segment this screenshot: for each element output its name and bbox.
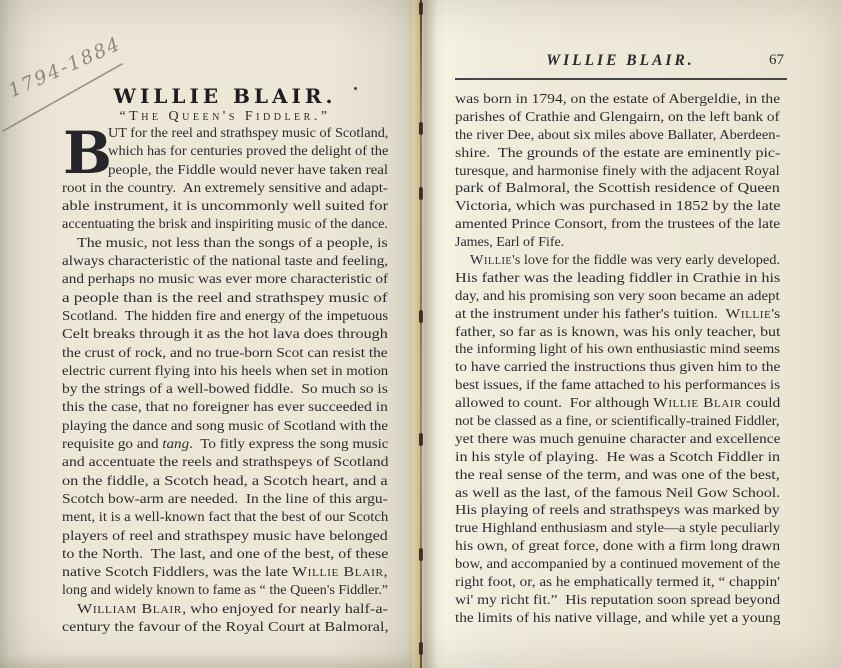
text-line: a people than is the reel and strathspey… <box>62 291 388 309</box>
text-line: day, and his promising son very soon bec… <box>455 289 780 307</box>
text-line: this the case, that no foreigner has eve… <box>62 400 388 418</box>
text-line: and accentuate the reels and strathspeys… <box>62 455 388 473</box>
text-line: the informing light of his own enthusias… <box>455 342 780 360</box>
text-line: William Blair, who enjoyed for nearly ha… <box>62 602 388 620</box>
text-line: at the instrument under his father's tui… <box>455 307 780 325</box>
text-line: which has for centuries proved the delig… <box>62 144 388 162</box>
right-page-body-text: was born in 1794, on the estate of Aberg… <box>455 92 780 629</box>
text-line: His father was the leading fiddler in Cr… <box>455 271 780 289</box>
text-line: able instrument, it is uncommonly well s… <box>62 199 388 217</box>
text-line: amented Prince Consort, from the trustee… <box>455 217 780 235</box>
text-line: Scotland. The hidden fire and energy of … <box>62 309 388 327</box>
text-line: best issues, if the fame attached to his… <box>455 378 780 396</box>
running-header: WILLIE BLAIR. 67 <box>455 52 786 72</box>
text-line: in his style of playing. He was a Scotch… <box>455 450 780 468</box>
text-line: requisite go and tang. To fitly express … <box>62 437 388 455</box>
ink-speck <box>354 87 357 90</box>
text-line: always characteristic of the national ta… <box>62 254 388 272</box>
text-line: root in the country. An extremely sensit… <box>62 181 388 199</box>
text-line: players of reel and strathspey music hav… <box>62 529 388 547</box>
text-line: electric current flying into his heels w… <box>62 364 388 382</box>
text-line: people, the Fiddle would never have take… <box>62 163 388 181</box>
text-line: by the strings of a well-bowed fiddle. S… <box>62 382 388 400</box>
text-line: the real sense of the term, and was one … <box>455 468 780 486</box>
running-header-title: WILLIE BLAIR. <box>455 52 786 70</box>
text-line: yet there was much genuine character and… <box>455 432 780 450</box>
text-line: Victoria, which was purchased in 1852 by… <box>455 199 780 217</box>
page-number: 67 <box>769 52 784 69</box>
text-line: long and widely known to fame as “ the Q… <box>62 583 388 601</box>
text-line: turesque, and harmonise finely with the … <box>455 164 780 182</box>
text-line: Scotch bow-arm are needed. In the line o… <box>62 492 388 510</box>
text-line: The music, not less than the songs of a … <box>62 236 388 254</box>
text-line: bow, and accompanied by a continued move… <box>455 557 780 575</box>
text-line: James, Earl of Fife. <box>455 235 780 253</box>
text-line: to have carried the instructions thus gi… <box>455 360 780 378</box>
text-line: the crust of rock, and no true-born Scot… <box>62 346 388 364</box>
text-line: his own, of great force, done with a fir… <box>455 539 780 557</box>
text-line: wi' my richt fit.” His reputation soon s… <box>455 593 780 611</box>
text-line: the limits of his native village, and wh… <box>455 611 780 629</box>
text-line: allowed to count. For although Willie Bl… <box>455 396 780 414</box>
text-line: shire. The grounds of the estate are emi… <box>455 146 780 164</box>
text-line: on the fiddle, a Scotch head, a Scotch h… <box>62 474 388 492</box>
text-line: Celt breaks through it as the hot lava d… <box>62 327 388 345</box>
left-page-body-text: UT for the reel and strathspey music of … <box>62 126 388 638</box>
text-line: UT for the reel and strathspey music of … <box>62 126 388 144</box>
text-line: not be classed as a fine, or scientifica… <box>455 414 780 432</box>
header-rule <box>455 78 787 80</box>
text-line: park of Balmoral, the Scottish residence… <box>455 181 780 199</box>
text-line: as well as the last, of the famous Neil … <box>455 486 780 504</box>
book-gutter-gold-edge <box>406 0 421 668</box>
text-line: right foot, or, as he emphatically terme… <box>455 575 780 593</box>
text-line: the river Dee, about six miles above Bal… <box>455 128 780 146</box>
text-line: century the favour of the Royal Court at… <box>62 620 388 638</box>
text-line: playing the dance and song music of Scot… <box>62 419 388 437</box>
text-line: was born in 1794, on the estate of Aberg… <box>455 92 780 110</box>
text-line: accentuating the brisk and inspiriting m… <box>62 217 388 235</box>
text-line: Willie's love for the fiddle was very ea… <box>455 253 780 271</box>
text-line: father, so far as is known, was his only… <box>455 325 780 343</box>
text-line: true Highland enthusiasm and style—a sty… <box>455 521 780 539</box>
text-line: and perhaps no music was ever more chara… <box>62 272 388 290</box>
text-line: His playing of reels and strathspeys was… <box>455 503 780 521</box>
text-line: ment, it is a well-known fact that the b… <box>62 510 388 528</box>
book-scan-photo: 1794-1884 WILLIE BLAIR. “The Queen's Fid… <box>0 0 841 668</box>
text-line: parishes of Crathie and Glengairn, on th… <box>455 110 780 128</box>
chapter-title: WILLIE BLAIR. <box>62 84 388 108</box>
text-line: native Scotch Fiddlers, was the late Wil… <box>62 565 388 583</box>
book-gutter-shadow <box>422 0 438 668</box>
text-line: to the North. The last, and one of the b… <box>62 547 388 565</box>
